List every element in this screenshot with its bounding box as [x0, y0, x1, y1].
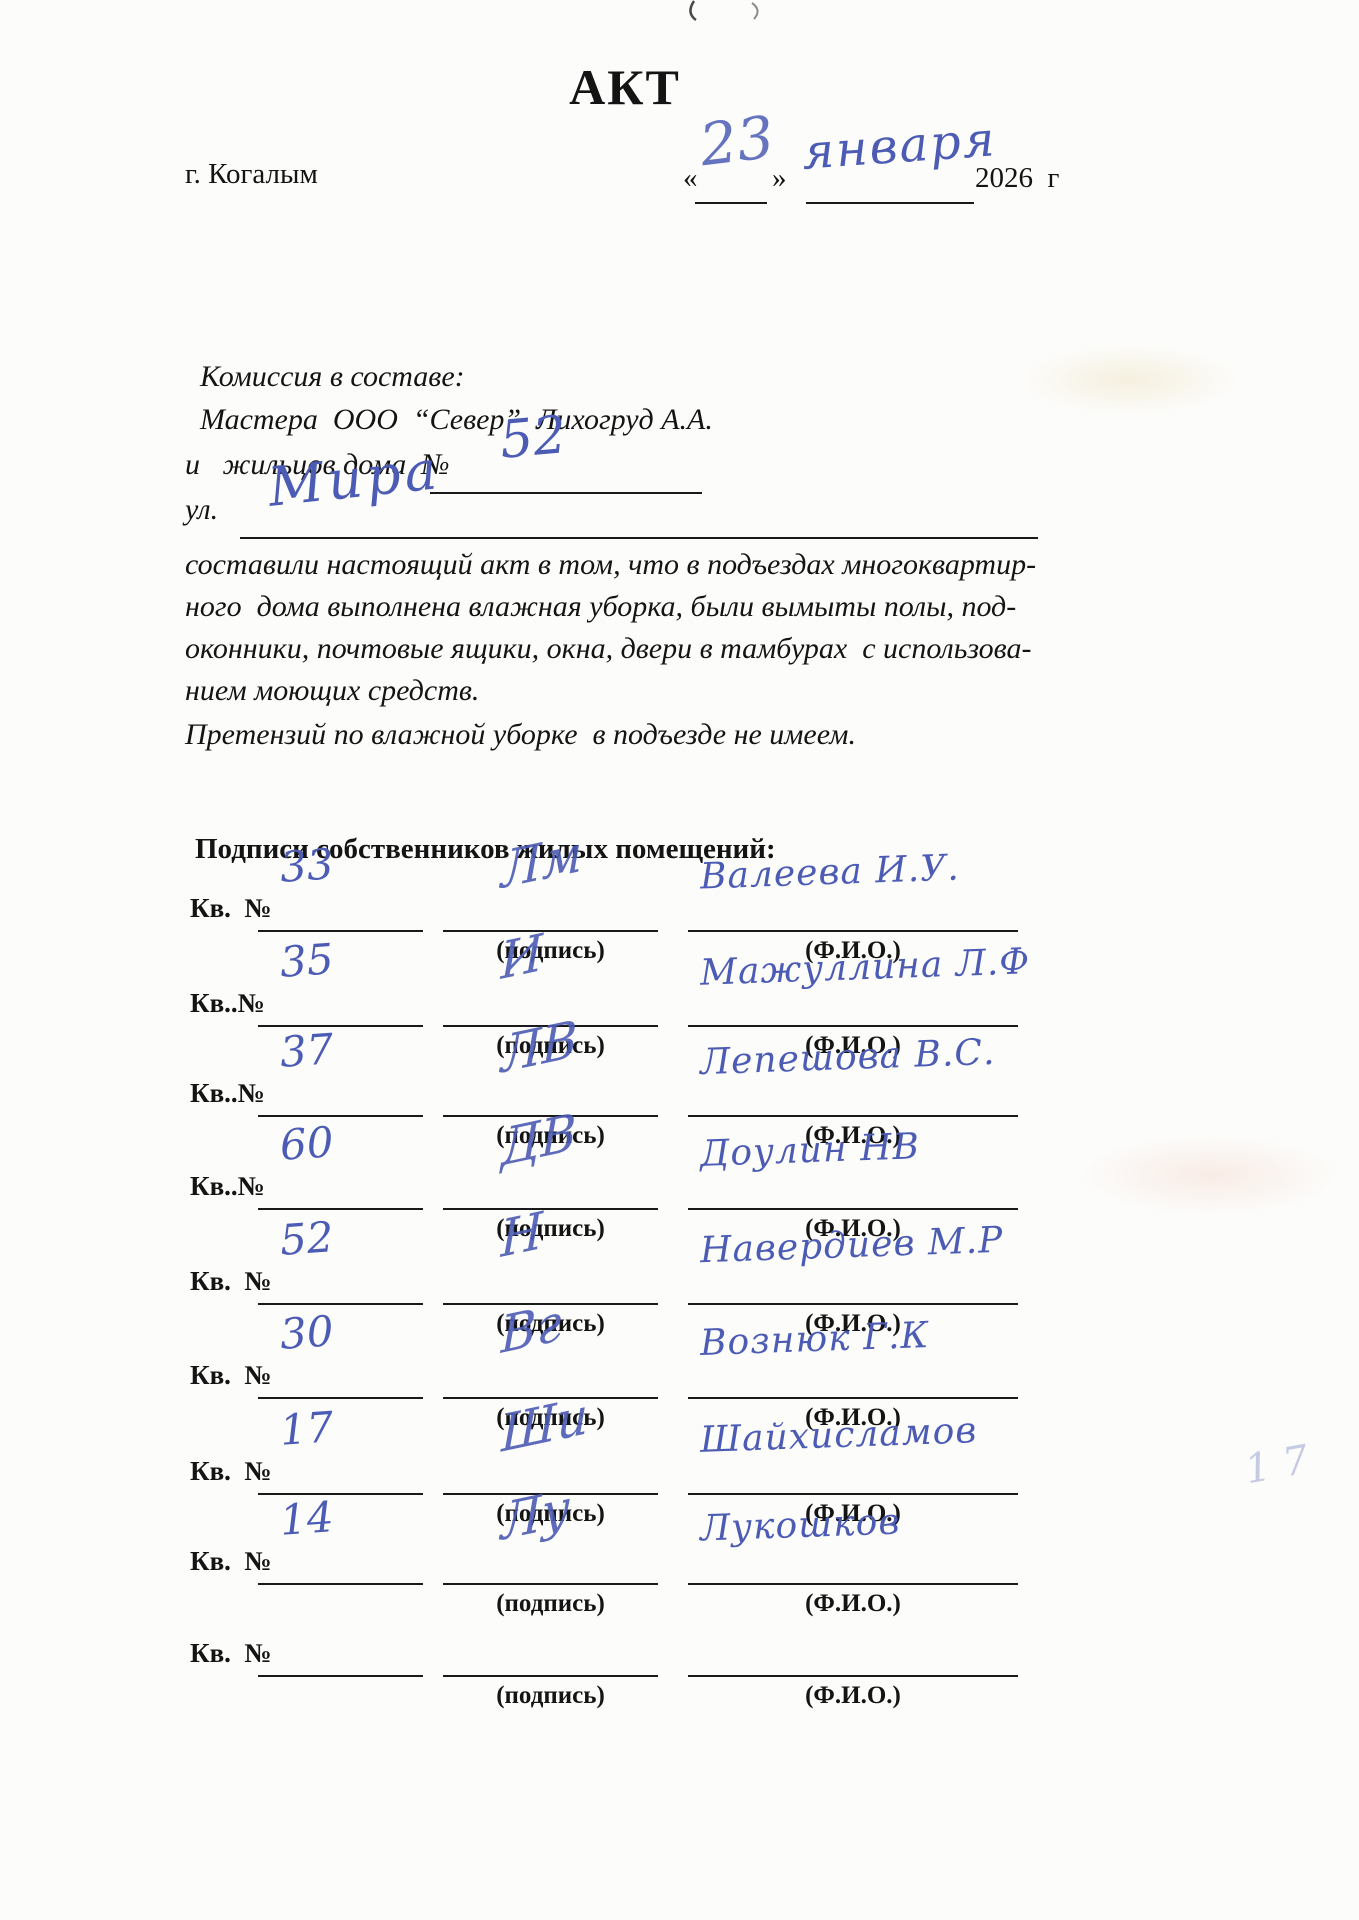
- house-number-handwritten: 52: [498, 409, 568, 467]
- signature-line: [443, 1352, 658, 1399]
- paragraph-line: ного дома выполнена влажная уборка, были…: [185, 590, 1016, 624]
- signature-handwritten: Н: [500, 1205, 543, 1265]
- apartment-number-line: [258, 885, 423, 932]
- scanned-act-document: АКТ г. Когалым « 23 » января 2026 г Коми…: [0, 0, 1359, 1920]
- apartment-number-handwritten: 60: [279, 1121, 335, 1167]
- signature-handwritten: Лу: [501, 1482, 570, 1548]
- signature-line: [443, 885, 658, 932]
- apartment-number-handwritten: 14: [279, 1496, 335, 1542]
- scan-artifact: [660, 0, 790, 32]
- name-handwritten: Доулин НВ: [699, 1129, 920, 1173]
- apartment-number-line: [258, 1070, 423, 1117]
- name-line: [688, 1630, 1018, 1677]
- scan-smudge: [1020, 345, 1240, 415]
- apartment-number-line: [258, 1630, 423, 1677]
- date-year: 2026 г: [975, 162, 1059, 195]
- master-line: Мастера ООО “Север” Лихогруд А.А.: [200, 403, 713, 437]
- apartment-number-line: [258, 1448, 423, 1495]
- name-handwritten: Вознюк Г.К: [699, 1318, 929, 1362]
- apartment-number-line: [258, 1352, 423, 1399]
- signature-line: [443, 1538, 658, 1585]
- street-prefix: ул.: [185, 493, 218, 527]
- apartment-number-line: [258, 980, 423, 1027]
- date-close-quote: »: [772, 162, 787, 195]
- apartment-number-handwritten: 35: [279, 938, 335, 984]
- paragraph-line: Претензий по влажной уборке в подъезде н…: [185, 718, 856, 752]
- name-caption: (Ф.И.О.): [688, 1682, 1018, 1710]
- paragraph-line: составили настоящий акт в том, что в под…: [185, 548, 1036, 582]
- apartment-number-handwritten: 30: [279, 1310, 335, 1356]
- name-handwritten: Валеева И.У.: [699, 850, 960, 895]
- signature-line: [443, 1630, 658, 1677]
- signature-line: [443, 1163, 658, 1210]
- signature-handwritten: Вг: [501, 1297, 562, 1361]
- page-title: АКТ: [0, 58, 1250, 116]
- apartment-number-line: [258, 1258, 423, 1305]
- date-day-handwritten: 23: [697, 108, 777, 175]
- signature-handwritten: И: [500, 927, 543, 987]
- apartment-number-handwritten: 37: [279, 1028, 335, 1074]
- name-handwritten: Шайхисламов: [699, 1413, 977, 1459]
- name-handwritten: Лепешова В.С.: [699, 1035, 995, 1081]
- apartment-number-handwritten: 52: [279, 1216, 335, 1262]
- signature-handwritten: ЛВ: [501, 1013, 578, 1080]
- date-month-handwritten: января: [801, 115, 998, 176]
- apartment-label: Кв..№: [190, 988, 265, 1019]
- signature-row: Кв. № (подпись) (Ф.И.О.): [0, 1600, 1359, 1718]
- paragraph-line: оконники, почтовые ящики, окна, двери в …: [185, 632, 1031, 666]
- city-label: г. Когалым: [185, 158, 318, 191]
- signature-handwritten: ДВ: [501, 1106, 577, 1173]
- apartment-number-line: [258, 1163, 423, 1210]
- signature-caption: (подпись): [443, 1682, 658, 1710]
- commission-line: Комиссия в составе:: [200, 360, 465, 394]
- apartment-label: Кв..№: [190, 1078, 265, 1109]
- name-handwritten: Лукошков: [699, 1505, 900, 1548]
- apartment-number-line: [258, 1538, 423, 1585]
- apartment-label: Кв..№: [190, 1171, 265, 1202]
- apartment-number-handwritten: 17: [279, 1406, 335, 1452]
- paragraph-line: нием моющих средств.: [185, 674, 479, 708]
- apartment-number-handwritten: 33: [279, 843, 335, 889]
